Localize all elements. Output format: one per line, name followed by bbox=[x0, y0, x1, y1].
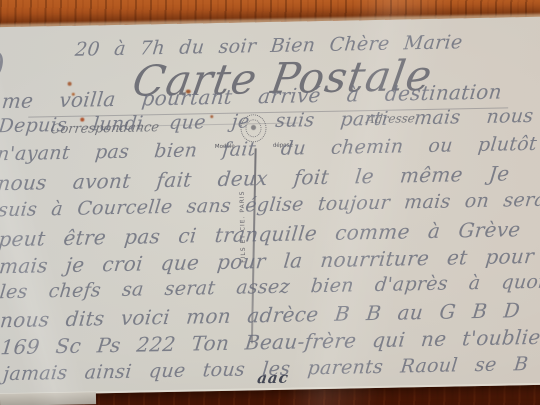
plastic-sleeve-corner bbox=[0, 392, 96, 405]
handwriting-margin-mark: ) bbox=[0, 47, 5, 82]
handwriting-line: n'ayant pas bien fait du chemin ou plutô… bbox=[0, 135, 538, 165]
photo-postcard-on-table: ) 20 à 7h du soir Bien Chère Marie Carte… bbox=[0, 0, 540, 405]
foxing-spot bbox=[68, 82, 72, 86]
postcard: ) 20 à 7h du soir Bien Chère Marie Carte… bbox=[0, 17, 540, 396]
handwriting-line: nous avont fait deux foit le même Je bbox=[0, 163, 511, 194]
handwriting-overwrite-mark: aac bbox=[256, 369, 290, 388]
handwriting-line: suis à Courcelle sans église toujour mai… bbox=[0, 191, 540, 222]
